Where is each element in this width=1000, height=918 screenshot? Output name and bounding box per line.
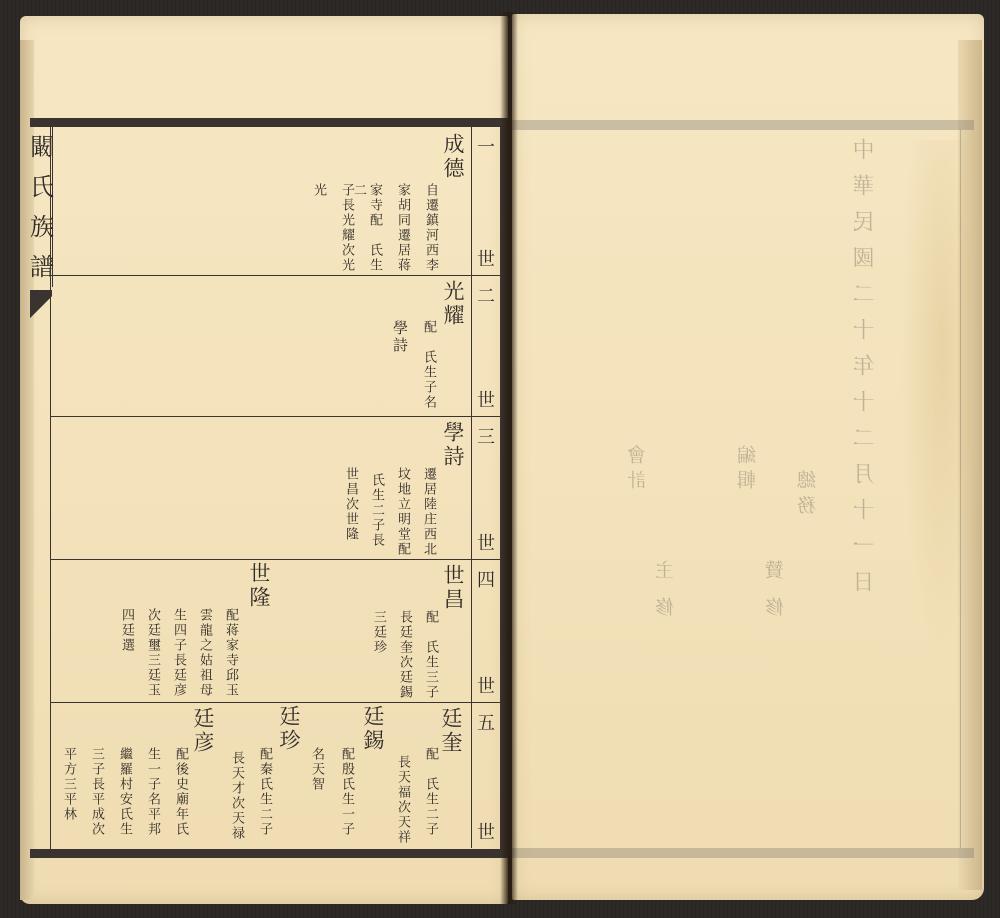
person-name: 學詩: [438, 421, 468, 469]
generation-row-3: 三 世 學詩 遷居陸庄西北 坟地立明堂配 氏生二子長 世昌次世隆: [50, 417, 500, 560]
person-note: 配 氏生子名: [420, 320, 436, 410]
person-note: 配蒋家寺邱玉: [222, 608, 238, 698]
frame-top-border: [30, 118, 508, 127]
ghost-bottom-border: [512, 848, 974, 858]
generation-table: 一 世 成德 自遷鎮河西李 家胡同遷居蒋 家寺配 氏生二 子長光耀次光 光 二 …: [50, 127, 500, 849]
person-name: 成德: [438, 133, 468, 181]
frame-bottom-border: [30, 849, 508, 858]
person-name: 廷奎: [436, 707, 466, 755]
person-name: 光耀: [438, 280, 468, 328]
ghost-role-text: 贊修: [762, 560, 789, 634]
person-name: 世昌: [438, 564, 468, 612]
person-note: 氏生二子長: [368, 473, 384, 548]
generation-number: 一: [472, 133, 500, 159]
generation-number: 二: [472, 282, 500, 308]
person-note: 遷居陸庄西北: [420, 467, 436, 557]
title-char: 闞: [30, 127, 52, 167]
generation-suffix: 世: [472, 529, 500, 555]
person-note: 家寺配 氏生二: [350, 183, 382, 275]
person-note: 四廷選: [118, 608, 134, 653]
title-char: 譜: [30, 247, 52, 287]
person-note: 雲龍之姑祖母: [196, 608, 212, 698]
generation-number: 四: [472, 566, 500, 592]
person-note: 自遷鎮河西李: [422, 183, 438, 273]
ghost-top-border: [512, 120, 974, 130]
generation-row-2: 二 世 光耀 配 氏生子名 學詩: [50, 276, 500, 417]
person-name: 世隆: [244, 562, 274, 610]
ghost-role-text: 會計: [624, 445, 651, 495]
right-page-frame: 中華民國二十年十二月十一日 總務 贊修 主修 編輯 會計: [512, 120, 976, 860]
person-name: 廷彦: [188, 707, 218, 755]
ghost-role-text: 主修: [652, 560, 679, 634]
person-note: 子長光耀次光: [338, 183, 354, 273]
generation-label: 五 世: [471, 703, 500, 848]
person-note: 三子長平成次: [88, 747, 104, 837]
person-note: 次廷璽三廷玉: [144, 608, 160, 698]
person-note: 學詩: [392, 320, 408, 354]
ghost-right-line: [960, 130, 961, 848]
generation-number: 三: [472, 423, 500, 449]
generation-suffix: 世: [472, 386, 500, 412]
ghost-role-text: 編輯: [734, 445, 761, 495]
genealogy-table-frame: 闞 氏 族 譜 一 世 成德 自遷鎮河西李 家胡同遷居蒋 家寺配 氏生二 子長光…: [30, 118, 508, 858]
title-char: 族: [30, 207, 52, 247]
person-note: 繼羅村安氏生: [116, 747, 132, 837]
person-note: 長天才次天禄: [228, 751, 244, 841]
ghost-date-text: 中華民國二十年十二月十一日: [850, 138, 881, 606]
person-note: 生四子長廷彦: [170, 608, 186, 698]
fish-tail-mark-icon: [30, 290, 52, 330]
generation-suffix: 世: [472, 672, 500, 698]
generation-label: 二 世: [471, 276, 500, 416]
person-note: 配 氏生三子: [422, 610, 438, 700]
generation-number: 五: [472, 709, 500, 735]
person-note: 長天福次天祥: [394, 755, 410, 845]
person-note: 家胡同遷居蒋: [394, 183, 410, 273]
generation-row-1: 一 世 成德 自遷鎮河西李 家胡同遷居蒋 家寺配 氏生二 子長光耀次光 光: [50, 127, 500, 276]
person-note: 配殷氏生一子: [338, 747, 354, 837]
generation-suffix: 世: [472, 245, 500, 271]
person-note: 名天智: [308, 747, 324, 792]
generation-label: 四 世: [471, 560, 500, 702]
generation-suffix: 世: [472, 818, 500, 844]
generation-row-4: 四 世 世昌 配 氏生三子 長廷奎次廷錫 三廷珍 世隆 配蒋家寺邱玉 雲龍之姑祖…: [50, 560, 500, 703]
person-note: 世昌次世隆: [342, 467, 358, 542]
book-spine: [500, 12, 518, 904]
person-note: 配後史廟年氏: [172, 747, 188, 837]
person-note: 平方三平林: [60, 747, 76, 822]
person-note: 配秦氏生二子: [256, 747, 272, 837]
person-name: 廷錫: [358, 705, 388, 753]
person-note: 光: [310, 183, 326, 198]
person-note: 坟地立明堂配: [394, 467, 410, 557]
generation-label: 一 世: [471, 127, 500, 275]
person-note: 三廷珍: [370, 610, 386, 655]
person-note: 生一子名平邦: [144, 747, 160, 837]
person-note: 配 氏生二子: [422, 747, 438, 837]
person-note: 長廷奎次廷錫: [396, 610, 412, 700]
ghost-role-text: 總務: [794, 470, 821, 520]
title-char: 氏: [30, 167, 52, 207]
generation-row-5: 五 世 廷奎 配 氏生二子 長天福次天祥 廷錫 配殷氏生一子 名天智 廷珍 配秦…: [50, 703, 500, 848]
person-name: 廷珍: [274, 705, 304, 753]
generation-label: 三 世: [471, 417, 500, 559]
